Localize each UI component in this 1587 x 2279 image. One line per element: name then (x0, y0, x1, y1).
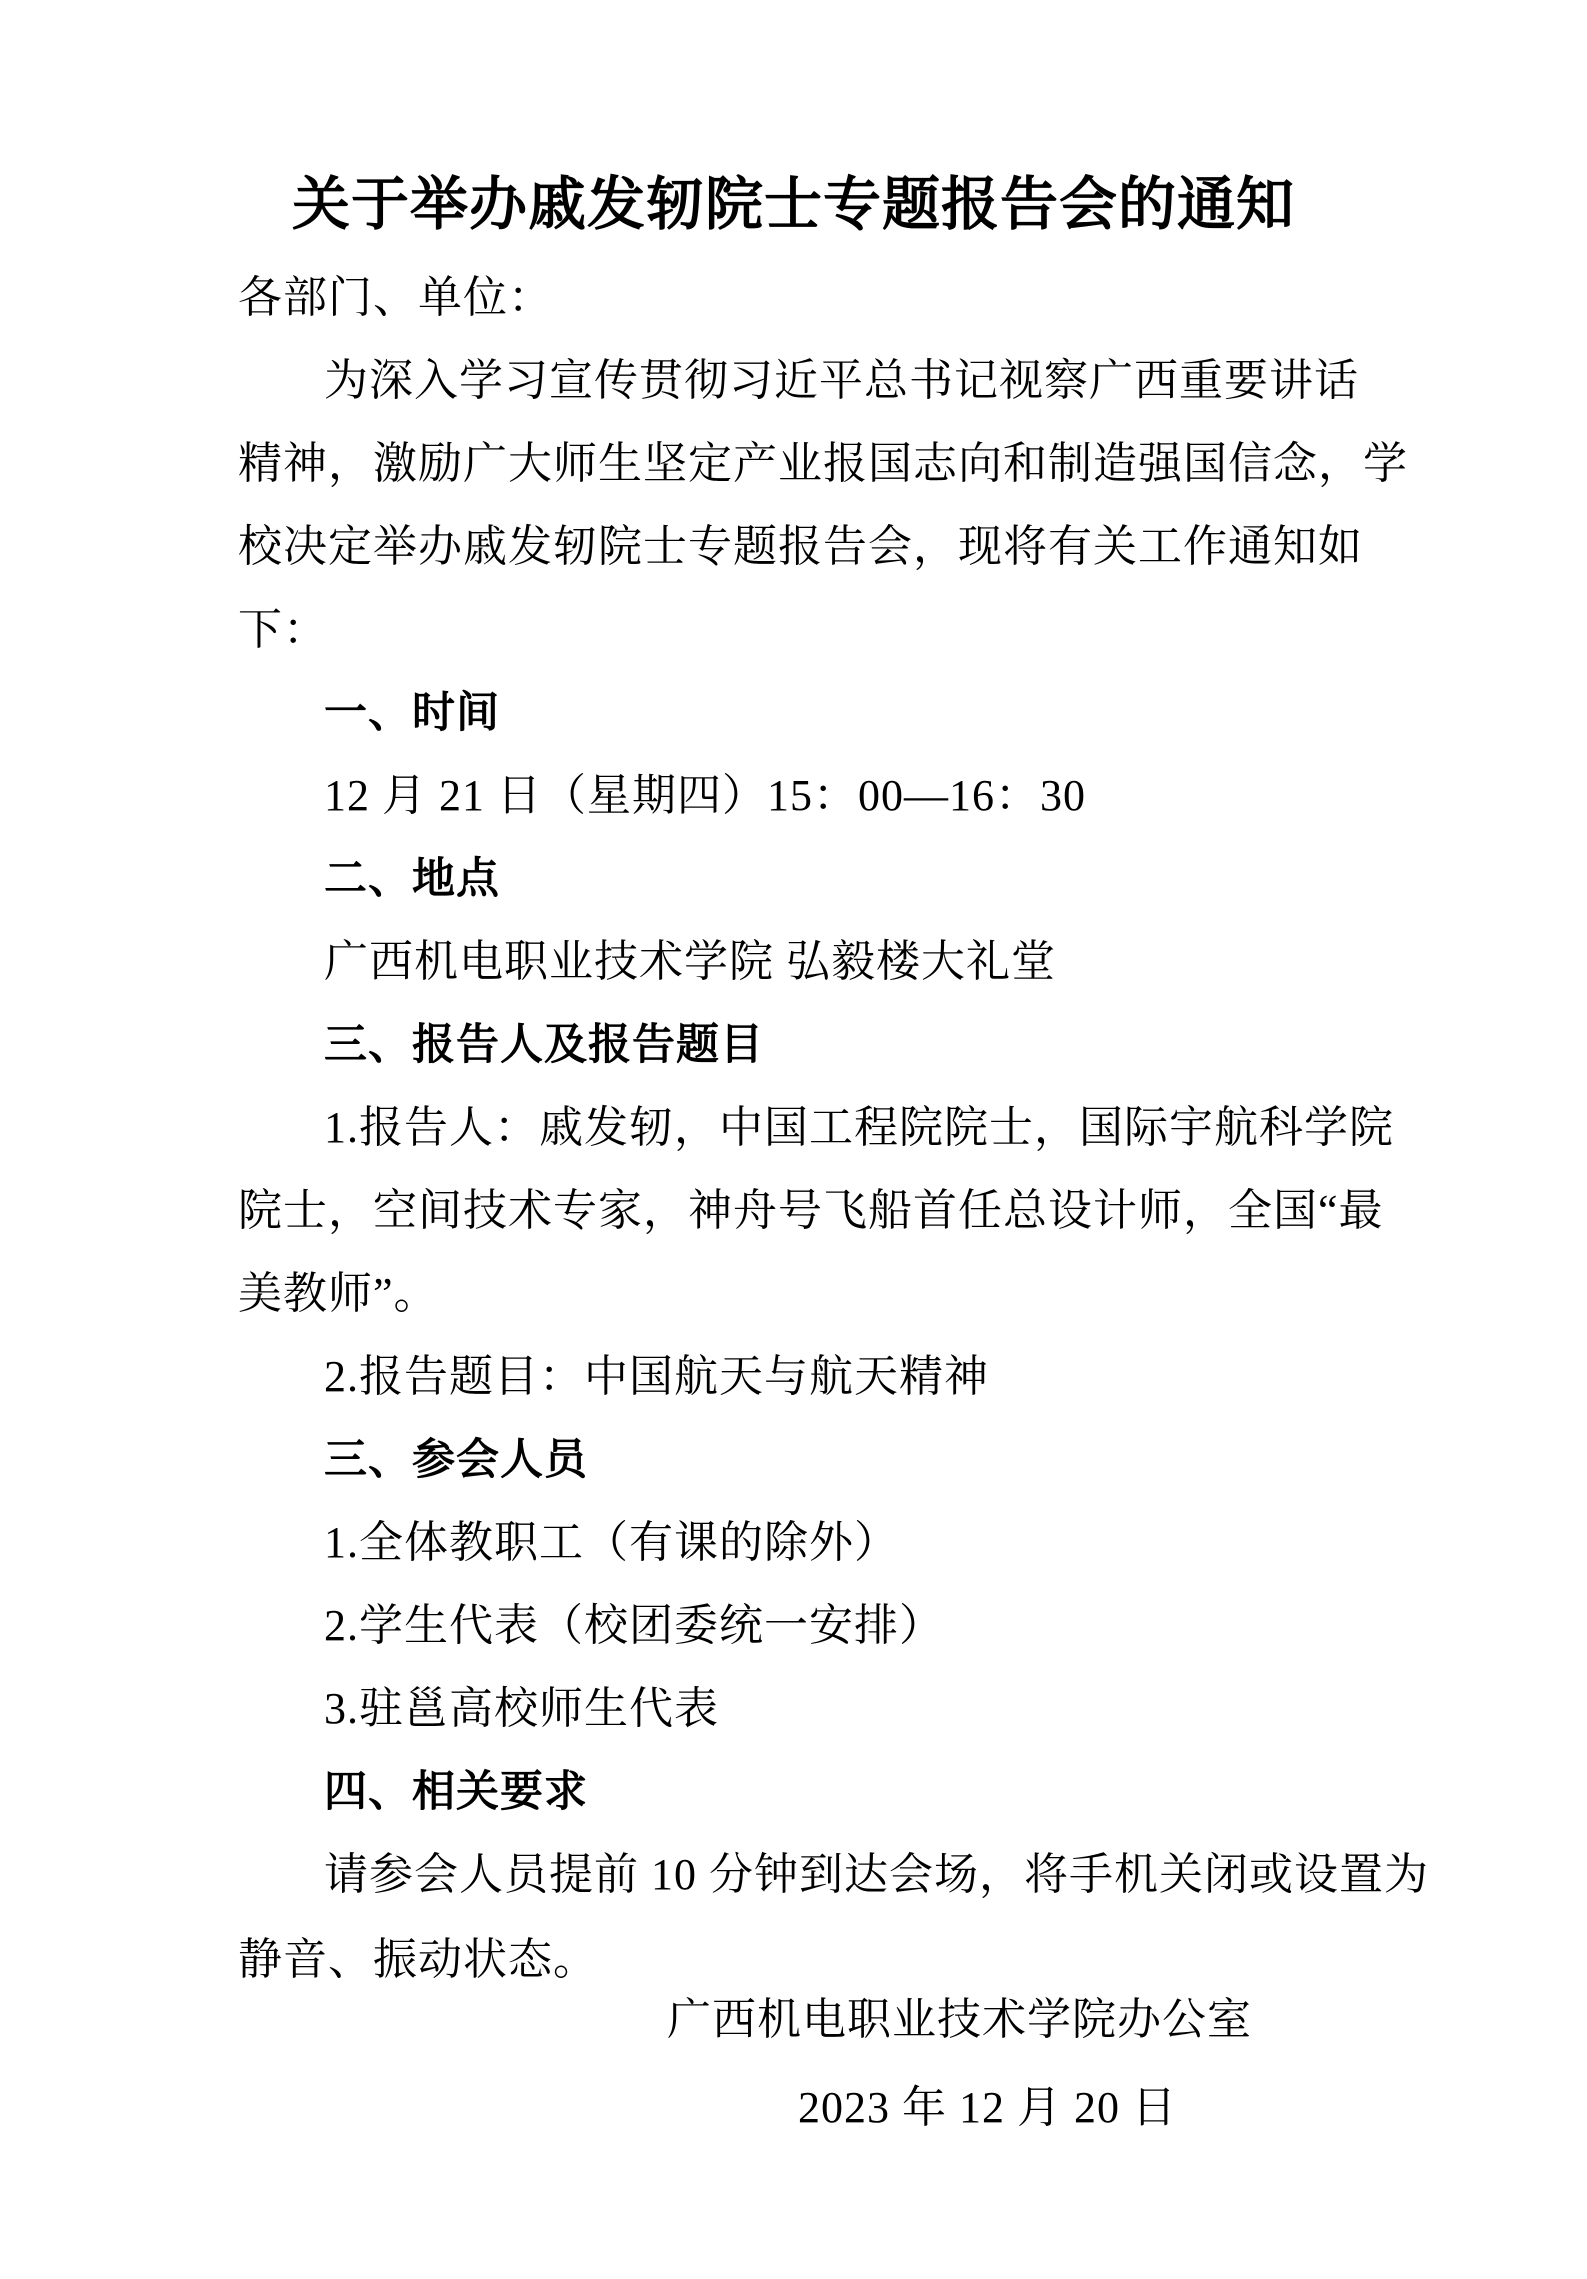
attendee-item-2: 2.学生代表（校团委统一安排） (324, 1596, 944, 1656)
section-heading-requirements: 四、相关要求 (324, 1762, 588, 1822)
requirements-line-1: 请参会人员提前 10 分钟到达会场，将手机关闭或设置为 (324, 1845, 1429, 1905)
section-heading-time: 一、时间 (324, 683, 500, 743)
speaker-line-1: 1.报告人：戚发轫，中国工程院院士，国际宇航科学院 (324, 1098, 1394, 1158)
notice-document-page: 关于举办戚发轫院士专题报告会的通知 各部门、单位： 为深入学习宣传贯彻习近平总书… (0, 0, 1587, 2279)
report-topic-line: 2.报告题目：中国航天与航天精神 (324, 1347, 989, 1407)
intro-paragraph-line-3: 校决定举办戚发轫院士专题报告会，现将有关工作通知如 (238, 517, 1363, 577)
intro-paragraph-line-1: 为深入学习宣传贯彻习近平总书记视察广西重要讲话 (324, 351, 1359, 411)
speaker-line-2: 院士，空间技术专家，神舟号飞船首任总设计师，全国“最 (238, 1181, 1384, 1241)
attendee-item-3: 3.驻邕高校师生代表 (324, 1679, 719, 1739)
requirements-line-2: 静音、振动状态。 (238, 1930, 598, 1990)
location-value: 广西机电职业技术学院 弘毅楼大礼堂 (324, 932, 1056, 992)
attendee-item-1: 1.全体教职工（有课的除外） (324, 1513, 899, 1573)
time-value: 12 月 21 日（星期四）15：00—16：30 (324, 766, 1086, 826)
section-heading-attendees: 三、参会人员 (324, 1430, 588, 1490)
signature-date: 2023 年 12 月 20 日 (798, 2078, 1177, 2138)
speaker-line-3: 美教师”。 (238, 1264, 439, 1324)
salutation: 各部门、单位： (238, 268, 553, 328)
section-heading-location: 二、地点 (324, 849, 500, 909)
section-heading-speaker: 三、报告人及报告题目 (324, 1015, 764, 1075)
notice-title: 关于举办戚发轫院士专题报告会的通知 (0, 165, 1587, 245)
intro-paragraph-line-2: 精神，激励广大师生坚定产业报国志向和制造强国信念，学 (238, 434, 1408, 494)
signature-org: 广西机电职业技术学院办公室 (667, 1990, 1252, 2050)
intro-paragraph-line-4: 下： (238, 600, 328, 660)
